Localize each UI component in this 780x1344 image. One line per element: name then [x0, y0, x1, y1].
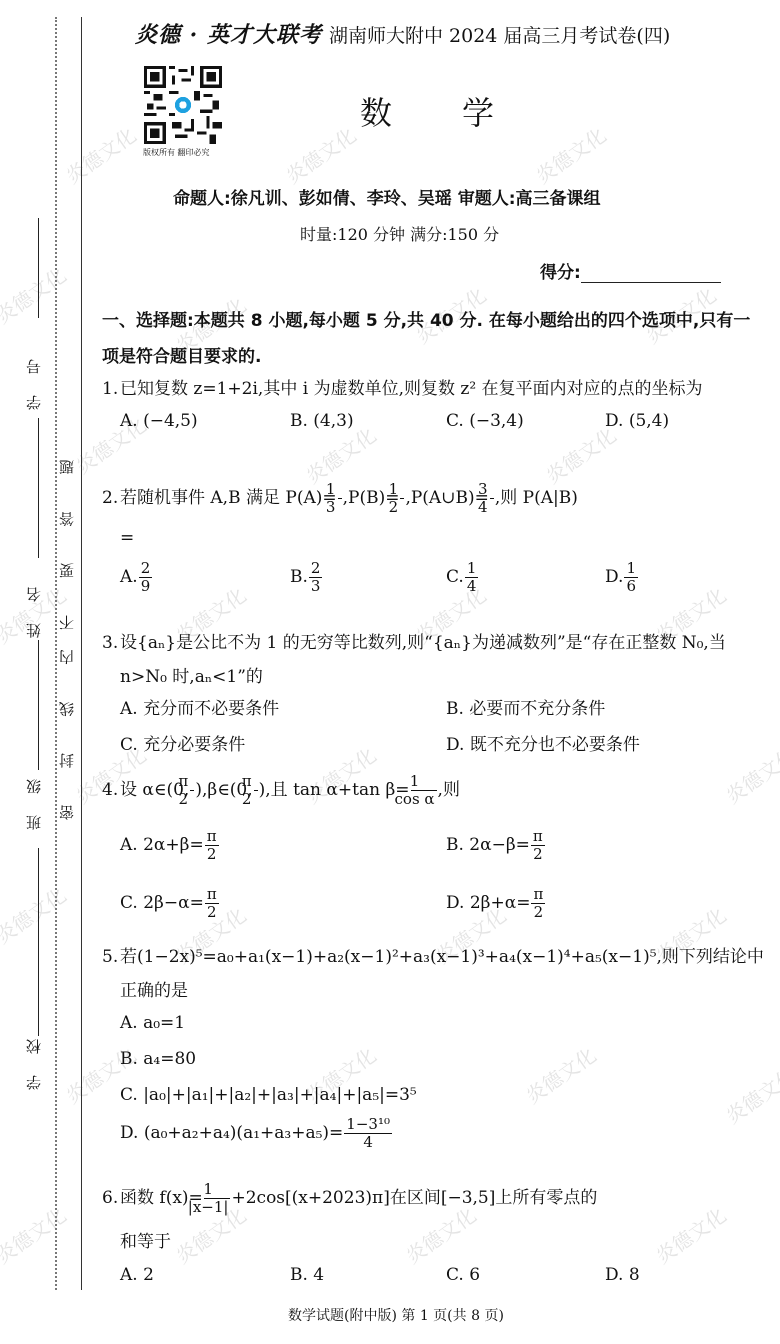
- fraction: 1|x−1|: [204, 1181, 231, 1216]
- watermark: 炎德文化: [0, 1200, 71, 1270]
- question-stem: 4.设 α∈(0,π2),β∈(0,π2),且 tan α+tan β=1cos…: [102, 772, 770, 808]
- qr-code[interactable]: [143, 66, 223, 144]
- option-b[interactable]: B. 必要而不充分条件: [446, 698, 605, 720]
- copyright-caption: 版权所有 翻印必究: [143, 147, 210, 158]
- options-row: A. (−4,5) B. (4,3) C. (−3,4) D. (5,4): [102, 410, 770, 440]
- student-id-field[interactable]: [38, 218, 39, 318]
- watermark: 炎德文化: [0, 260, 71, 330]
- stem-text: +2cos[(x+2023)π]在区间[−3,5]上所有零点的: [231, 1188, 597, 1208]
- question-stem: 3.设{aₙ}是公比不为 1 的无穷等比数列,则“{aₙ}为递减数列”是“存在正…: [102, 626, 770, 694]
- school-field[interactable]: [38, 848, 39, 1036]
- school-label: 学 校: [25, 1030, 45, 1090]
- question-text: 设{aₙ}是公比不为 1 的无穷等比数列,则“{aₙ}为递减数列”是“存在正整数…: [120, 633, 726, 687]
- option-d[interactable]: D.16: [605, 560, 639, 595]
- option-c[interactable]: C. 6: [446, 1264, 480, 1286]
- brand-name: 炎德 · 英才大联考: [135, 22, 322, 48]
- name-field[interactable]: [38, 418, 39, 558]
- option-b[interactable]: B. (4,3): [290, 410, 354, 432]
- option-b[interactable]: B. 4: [290, 1264, 324, 1286]
- question-text: 已知复数 z=1+2i,其中 i 为虚数单位,则复数 z² 在复平面内对应的点的…: [120, 379, 703, 399]
- option-a[interactable]: A. 2: [120, 1264, 154, 1286]
- option-b[interactable]: B. 2α−β=π2: [446, 828, 546, 863]
- watermark: 炎德文化: [0, 880, 71, 950]
- question-4: 4.设 α∈(0,π2),β∈(0,π2),且 tan α+tan β=1cos…: [102, 772, 770, 934]
- page-footer: 数学试题(附中版) 第 1 页(共 8 页): [288, 1305, 504, 1325]
- option-a[interactable]: A.29: [120, 560, 153, 595]
- question-text: 若(1−2x)⁵=a₀+a₁(x−1)+a₂(x−1)²+a₃(x−1)³+a₄…: [120, 947, 764, 1001]
- question-3: 3.设{aₙ}是公比不为 1 的无穷等比数列,则“{aₙ}为递减数列”是“存在正…: [102, 626, 770, 764]
- option-b[interactable]: B. a₄=80: [120, 1048, 196, 1070]
- option-a[interactable]: A. 2α+β=π2: [120, 828, 220, 863]
- fraction: π2: [254, 773, 258, 808]
- option-c[interactable]: C. 充分必要条件: [120, 734, 245, 756]
- time-score-info: 时量:120 分钟 满分:150 分: [300, 222, 499, 245]
- options-row: C. 2β−α=π2 D. 2β+α=π2: [102, 886, 770, 934]
- options-row: C. 充分必要条件 D. 既不充分也不必要条件: [102, 734, 770, 764]
- question-stem: 1.已知复数 z=1+2i,其中 i 为虚数单位,则复数 z² 在复平面内对应的…: [102, 372, 770, 406]
- question-stem: 5.若(1−2x)⁵=a₀+a₁(x−1)+a₂(x−1)²+a₃(x−1)³+…: [102, 940, 770, 1008]
- option-d[interactable]: D. (a₀+a₂+a₄)(a₁+a₃+a₅)=1−3¹⁰4: [120, 1116, 393, 1151]
- class-label: 班 级: [25, 770, 45, 830]
- options-row: A.29 B.23 C.14 D.16: [102, 560, 770, 608]
- option-d[interactable]: D. (5,4): [605, 410, 669, 432]
- question-stem: 2.若随机事件 A,B 满足 P(A)=13,P(B)=12,P(A∪B)=34…: [102, 478, 770, 558]
- stem-text: 若随机事件 A,B 满足 P(A)=: [120, 488, 337, 508]
- option-c[interactable]: C. |a₀|+|a₁|+|a₂|+|a₃|+|a₄|+|a₅|=3⁵: [120, 1084, 417, 1106]
- fraction: 1cos α: [411, 773, 437, 808]
- seal-warning-answer: 不 要 答 题: [58, 440, 78, 630]
- option-b[interactable]: B.23: [290, 560, 323, 595]
- stem-text: ,P(A∪B)=: [405, 488, 488, 508]
- question-1: 1.已知复数 z=1+2i,其中 i 为虚数单位,则复数 z² 在复平面内对应的…: [102, 372, 770, 440]
- student-id-label: 学 号: [25, 350, 45, 410]
- question-number: 3.: [102, 626, 120, 660]
- score-field: 得分:: [540, 258, 721, 283]
- stem-text: ,则 P(A|B): [495, 488, 578, 508]
- stem-text: ),且 tan α+tan β=: [259, 780, 410, 800]
- authors-line: 命题人:徐凡训、彭如倩、李玲、吴瑶 审题人:高三备课组: [173, 184, 601, 209]
- options-row: A. 充分而不必要条件 B. 必要而不充分条件: [102, 698, 770, 728]
- options-row: C. |a₀|+|a₁|+|a₂|+|a₃|+|a₄|+|a₅|=3⁵: [102, 1084, 770, 1114]
- exam-title: 湖南师大附中 2024 届高三月考试卷(四): [329, 25, 670, 47]
- question-number: 1.: [102, 372, 120, 406]
- question-number: 5.: [102, 940, 120, 974]
- exam-header: 炎德 · 英才大联考 湖南师大附中 2024 届高三月考试卷(四): [135, 18, 670, 49]
- question-number: 6.: [102, 1176, 120, 1220]
- option-a[interactable]: A. (−4,5): [120, 410, 198, 432]
- name-label: 姓 名: [25, 578, 45, 638]
- options-row: D. (a₀+a₂+a₄)(a₁+a₃+a₅)=1−3¹⁰4: [102, 1116, 770, 1162]
- option-d[interactable]: D. 2β+α=π2: [446, 886, 546, 921]
- stem-text: ,则: [438, 780, 460, 800]
- stem-text: 和等于: [120, 1232, 171, 1252]
- question-6: 6.函数 f(x)=1|x−1|+2cos[(x+2023)π]在区间[−3,5…: [102, 1176, 770, 1294]
- seal-dashed-line: [55, 17, 57, 1290]
- options-row: A. 2α+β=π2 B. 2α−β=π2: [102, 828, 770, 876]
- margin-rule: [81, 17, 82, 1290]
- section-title: 一、选择题:本题共 8 小题,每小题 5 分,共 40 分. 在每小题给出的四个…: [102, 303, 767, 375]
- options-row: A. a₀=1: [102, 1012, 770, 1042]
- option-c[interactable]: C. (−3,4): [446, 410, 524, 432]
- question-number: 4.: [102, 772, 120, 808]
- watermark: 炎德文化: [59, 120, 141, 190]
- score-blank[interactable]: [581, 266, 721, 283]
- options-row: A. 2 B. 4 C. 6 D. 8: [102, 1264, 770, 1294]
- seal-warning-line: 密 封 线 内: [58, 630, 78, 820]
- question-2: 2.若随机事件 A,B 满足 P(A)=13,P(B)=12,P(A∪B)=34…: [102, 478, 770, 608]
- question-number: 2.: [102, 478, 120, 518]
- fraction: 12: [400, 481, 404, 516]
- subject-title: 数学: [360, 88, 564, 134]
- fraction: π2: [190, 773, 194, 808]
- options-row: B. a₄=80: [102, 1048, 770, 1078]
- watermark: 炎德文化: [279, 120, 361, 190]
- fraction: 34: [490, 481, 494, 516]
- option-a[interactable]: A. a₀=1: [120, 1012, 185, 1034]
- stem-text: =: [120, 528, 134, 548]
- score-label: 得分:: [540, 263, 581, 283]
- question-5: 5.若(1−2x)⁵=a₀+a₁(x−1)+a₂(x−1)²+a₃(x−1)³+…: [102, 940, 770, 1162]
- class-field[interactable]: [38, 640, 39, 770]
- option-c[interactable]: C.14: [446, 560, 479, 595]
- question-stem: 6.函数 f(x)=1|x−1|+2cos[(x+2023)π]在区间[−3,5…: [102, 1176, 770, 1264]
- option-d[interactable]: D. 既不充分也不必要条件: [446, 734, 640, 756]
- option-d[interactable]: D. 8: [605, 1264, 640, 1286]
- option-c[interactable]: C. 2β−α=π2: [120, 886, 220, 921]
- option-a[interactable]: A. 充分而不必要条件: [120, 698, 279, 720]
- fraction: 13: [338, 481, 342, 516]
